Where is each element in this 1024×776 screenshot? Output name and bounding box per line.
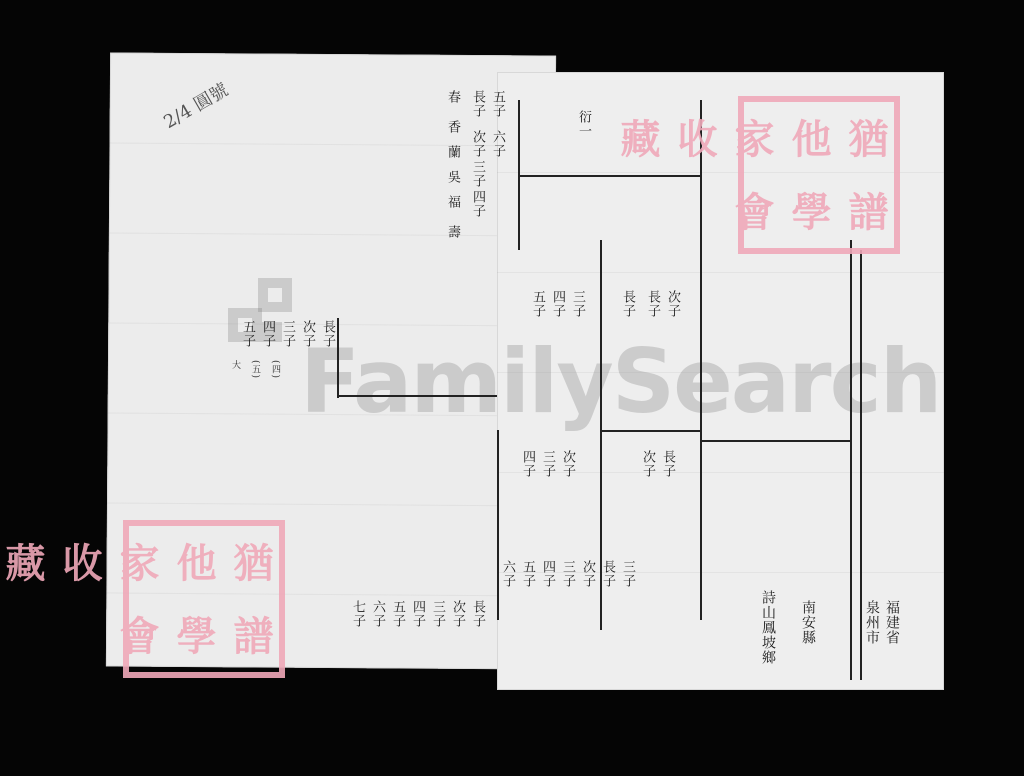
title-line: 泉州市 [864, 600, 879, 645]
person-name: 香 [445, 120, 460, 134]
sibling-order: 長子 [470, 90, 485, 118]
person-name: 五子 [240, 320, 255, 348]
person-name: 六子 [370, 600, 385, 628]
seal-column: 譜學會 [108, 599, 279, 672]
sibling-order: 四子 [470, 190, 485, 218]
collection-seal-stamp: 猶他家 譜學會 收藏 [738, 96, 900, 254]
person-name: 四子 [260, 320, 275, 348]
person-name: 四子 [550, 290, 565, 318]
person-name: 三子 [430, 600, 445, 628]
person-name: 五子 [520, 560, 535, 588]
person-name: 四子 [410, 600, 425, 628]
connector-line [700, 440, 850, 442]
person-name: 三子 [540, 450, 555, 478]
ruled-line [109, 232, 555, 236]
branch-label: 長子 [620, 290, 635, 318]
person-name: 次子 [580, 560, 595, 588]
person-name: 長子 [600, 560, 615, 588]
title-line: 南安縣 [800, 600, 815, 645]
connector-line [518, 175, 700, 177]
ruled-line [110, 142, 556, 146]
person-name: 四子 [540, 560, 555, 588]
connector-line [337, 395, 497, 397]
person-name: 三子 [560, 560, 575, 588]
title-line: 詩山鳳坡鄉 [760, 590, 775, 665]
sibling-order: 六子 [490, 130, 505, 158]
branch-line [337, 318, 339, 398]
seal-column: 收藏 [609, 102, 723, 175]
person-name: 春 [445, 90, 460, 104]
person-name: 次子 [450, 600, 465, 628]
branch-line [700, 100, 702, 620]
person-name: 七子 [350, 600, 365, 628]
person-name: 六子 [500, 560, 515, 588]
ancestor-name: 衍一 [576, 110, 591, 138]
seal-column: 收藏 [0, 526, 108, 599]
person-name: 五子 [530, 290, 545, 318]
collection-seal-stamp: 猶他家 譜學會 收藏 [123, 520, 285, 678]
annotation: 大 [230, 360, 240, 370]
annotation: (四) [270, 360, 280, 379]
seal-column: 猶他家 [108, 526, 279, 599]
trunk-line [850, 240, 852, 680]
person-name: 長子 [660, 450, 675, 478]
title-line: 福建省 [884, 600, 899, 645]
branch-label: 次子 [640, 450, 655, 478]
sibling-order: 三子 [470, 160, 485, 188]
person-name: 福 [445, 195, 460, 209]
person-name: 五子 [390, 600, 405, 628]
branch-line [497, 430, 499, 620]
connector-line [600, 430, 700, 432]
person-name: 次子 [560, 450, 575, 478]
person-name: 三子 [570, 290, 585, 318]
person-name: 蘭 [445, 145, 460, 159]
person-name: 長子 [645, 290, 660, 318]
person-name: 吳 [445, 170, 460, 184]
person-name: 壽 [445, 225, 460, 239]
person-name: 四子 [520, 450, 535, 478]
person-name: 三子 [280, 320, 295, 348]
branch-label: 三子 [620, 560, 635, 588]
annotation: (五) [250, 360, 260, 379]
seal-column: 譜學會 [723, 175, 894, 248]
person-name: 次子 [665, 290, 680, 318]
person-name: 長子 [470, 600, 485, 628]
sibling-order: 次子 [470, 130, 485, 158]
ruled-line [107, 502, 553, 506]
person-name: 長子 [320, 320, 335, 348]
ruled-line [497, 272, 944, 273]
familysearch-watermark: FamilySearch [300, 330, 940, 433]
trunk-line [860, 250, 862, 680]
person-name: 次子 [300, 320, 315, 348]
seal-column: 猶他家 [723, 102, 894, 175]
sibling-order: 五子 [490, 90, 505, 118]
